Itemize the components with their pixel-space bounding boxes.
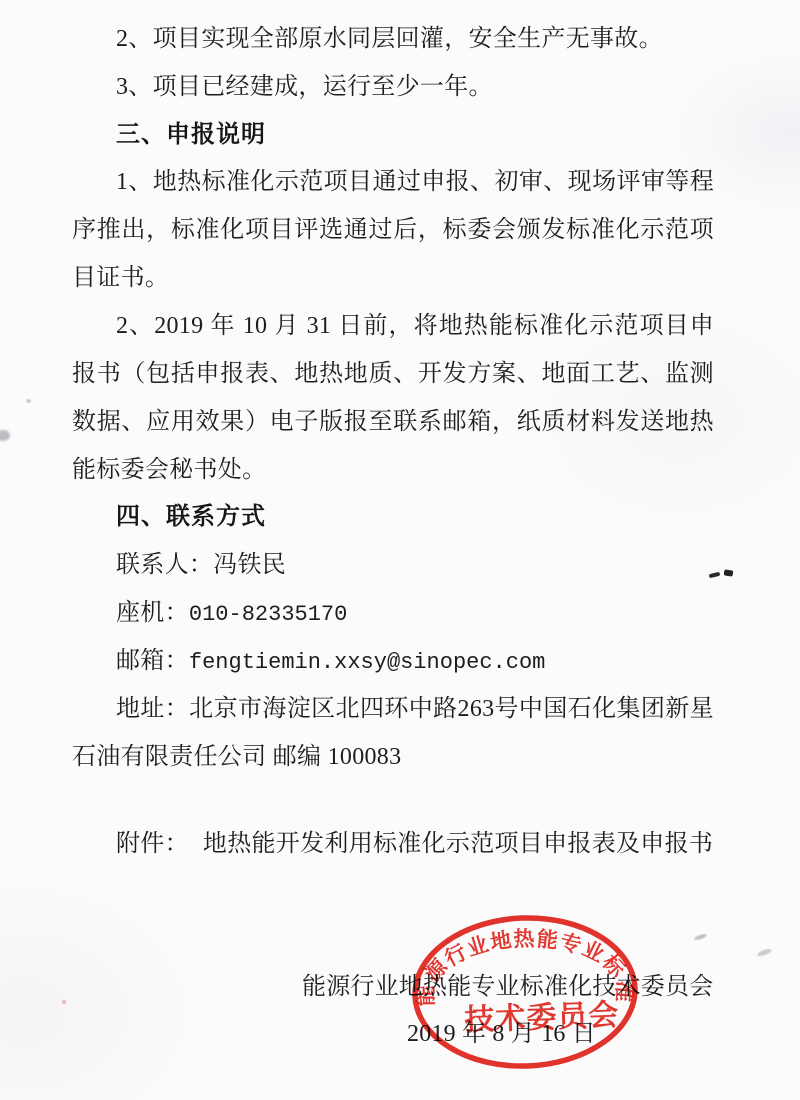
ink-smudge	[757, 948, 773, 958]
declaration-paragraph-1: 1、地热标准化示范项目通过申报、初审、现场评审等程序推出，标准化项目评选通过后，…	[72, 158, 714, 302]
section-heading-declaration-notes: 三、申报说明	[72, 111, 758, 159]
contact-person-value: 冯铁民	[213, 552, 286, 578]
phone-line: 座机：010-82335170	[72, 589, 758, 639]
ink-smudge	[724, 569, 734, 576]
phone-value: 010-82335170	[189, 602, 347, 627]
requirement-item-2: 2、项目实现全部原水同层回灌，安全生产无事故。	[72, 15, 758, 63]
attachment-line: 附件：地热能开发利用标准化示范项目申报表及申报书	[72, 820, 758, 868]
declaration-paragraph-2: 2、2019 年 10 月 31 日前，将地热能标准化示范项目申报书（包括申报表…	[72, 302, 714, 494]
seal-center-text: 技术委员会	[464, 999, 620, 1037]
email-label: 邮箱：	[116, 648, 189, 674]
seal-arc-text: 能源行业地热能专业标准化	[400, 906, 637, 1013]
attachment-label: 附件：	[116, 831, 189, 857]
requirement-item-3: 3、项目已经建成，运行至少一年。	[72, 63, 758, 111]
contact-person-label: 联系人：	[116, 552, 213, 578]
phone-label: 座机：	[116, 600, 189, 626]
official-seal: 能源行业地热能专业标准化 技术委员会	[400, 906, 650, 1080]
ink-smudge	[694, 933, 708, 941]
email-value: fengtiemin.xxsy@sinopec.com	[189, 650, 545, 675]
section-heading-contact: 四、联系方式	[72, 493, 758, 541]
red-ink-speck	[62, 1000, 66, 1004]
address-paragraph: 地址：北京市海淀区北四环中路263号中国石化集团新星石油有限责任公司 邮编 10…	[72, 685, 714, 781]
contact-person-line: 联系人：冯铁民	[72, 541, 758, 589]
scanned-document-page: 2、项目实现全部原水同层回灌，安全生产无事故。 3、项目已经建成，运行至少一年。…	[0, 0, 800, 1100]
scan-edge-mark	[0, 430, 10, 441]
email-line: 邮箱：fengtiemin.xxsy@sinopec.com	[72, 637, 758, 687]
ink-smudge	[26, 399, 31, 403]
attachment-title: 地热能开发利用标准化示范项目申报表及申报书	[203, 831, 713, 857]
